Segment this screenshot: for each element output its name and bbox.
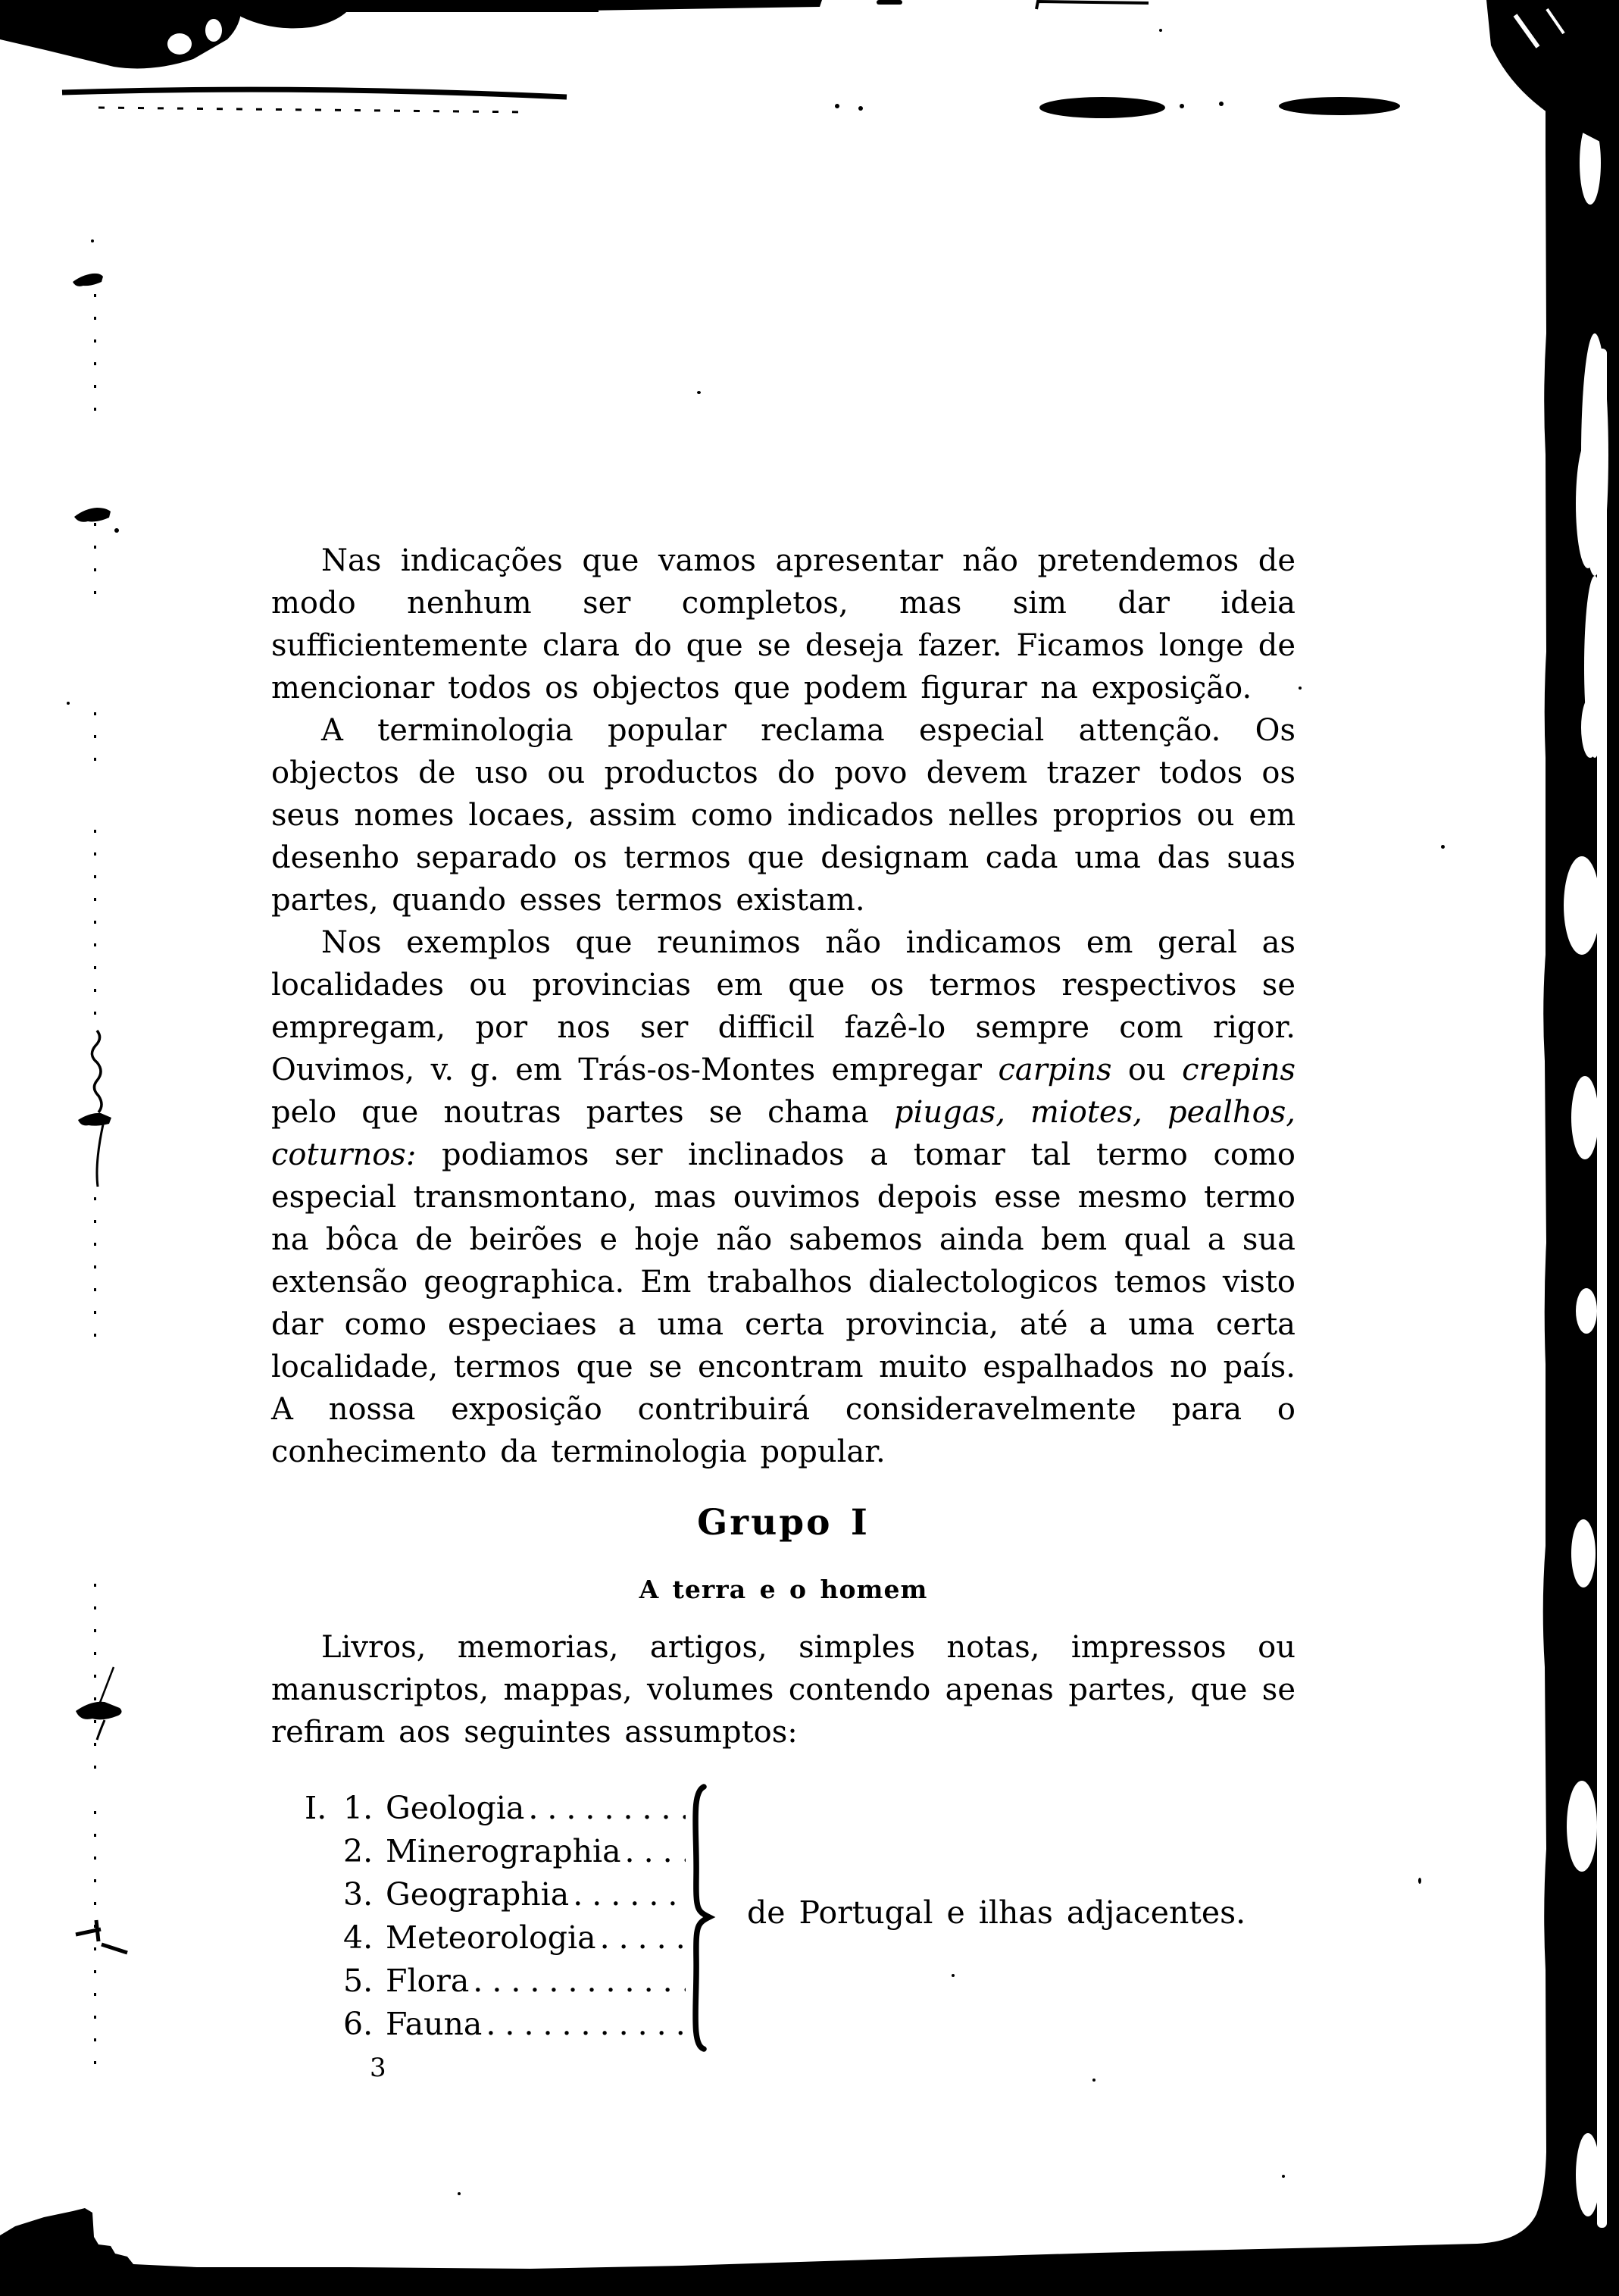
- item-label: Geologia: [386, 1787, 524, 1830]
- toner-speck: [1282, 2175, 1285, 2178]
- subject-list: I. 1. Geologia .............. 2. Minerog…: [305, 1787, 1296, 2054]
- scanned-book-page: Nas indicações que vamos apresentar não …: [0, 0, 1619, 2296]
- toner-speck: [1159, 29, 1162, 32]
- brace-label: de Portugal e ilhas adjacentes.: [747, 1891, 1323, 1934]
- right-brace: [681, 1784, 716, 2052]
- list-item: 3. Geographia ............: [305, 1873, 686, 1916]
- toner-speck: [1441, 845, 1445, 849]
- fold-dotted-line: [94, 1970, 96, 2076]
- margin-smudge-mark: [73, 274, 103, 286]
- dot-leader: ..........: [625, 1830, 686, 1873]
- item-label: Minerographia: [386, 1830, 621, 1873]
- margin-scribble: [92, 1031, 102, 1112]
- text-block: Nas indicações que vamos apresentar não …: [271, 540, 1296, 2081]
- toner-speck: [952, 1974, 955, 1977]
- dot-leader: ................: [473, 1960, 686, 2003]
- list-item: 2. Minerographia ..........: [305, 1830, 686, 1873]
- item-number: 6.: [343, 2003, 386, 2046]
- fold-dotted-line: [94, 830, 96, 1019]
- group-subheading: A terra e o homem: [271, 1575, 1296, 1605]
- paragraph-3: Nos exemplos que reunimos não indicamos …: [271, 921, 1296, 1473]
- item-number: 1.: [343, 1787, 386, 1830]
- item-label: Geographia: [386, 1873, 569, 1916]
- toner-speck: [697, 391, 701, 394]
- dot-leader: ...............: [486, 2003, 686, 2046]
- paragraph-4: Livros, memorias, artigos, simples notas…: [271, 1626, 1296, 1753]
- item-label: Fauna: [386, 2003, 482, 2046]
- item-label: Flora: [386, 1960, 469, 2003]
- paragraph-1: Nas indicações que vamos apresentar não …: [271, 540, 1296, 709]
- top-right-ink-blot: [1486, 0, 1619, 152]
- toner-speck: [1299, 687, 1302, 690]
- list-item: 5. Flora ................: [305, 1960, 686, 2003]
- roman-numeral: I.: [305, 1787, 343, 1830]
- toner-speck: [67, 702, 70, 705]
- toner-speck: [91, 239, 94, 242]
- toner-speck: [1418, 1878, 1421, 1884]
- list-item: 4. Meteorologia ...........: [305, 1916, 686, 1960]
- margin-smudge-mark: [74, 508, 119, 533]
- top-left-ink-blot: [0, 0, 356, 68]
- dot-leader: ..............: [528, 1787, 686, 1830]
- fold-dotted-line: [94, 1584, 96, 1773]
- top-pencil-lines: [62, 89, 567, 112]
- dot-leader: ...........: [600, 1916, 686, 1960]
- signature-mark: 3: [370, 2055, 1296, 2081]
- paragraph-2: A terminologia popular reclama especial …: [271, 709, 1296, 921]
- item-label: Meteorologia: [386, 1916, 596, 1960]
- fold-dotted-line: [94, 1197, 96, 1349]
- fold-dotted-line: [94, 294, 96, 430]
- top-edge-streak: [220, 0, 1149, 12]
- list-item: I. 1. Geologia ..............: [305, 1787, 686, 1830]
- margin-smudge-mark: [76, 1667, 122, 1740]
- top-smudges: [835, 97, 1400, 118]
- item-number: 4.: [343, 1916, 386, 1960]
- list-item: 6. Fauna ...............: [305, 2003, 686, 2046]
- item-number: 2.: [343, 1830, 386, 1873]
- margin-smudge-mark: [78, 1113, 111, 1187]
- dot-leader: ............: [573, 1873, 686, 1916]
- margin-cross-mark: [76, 1920, 127, 1953]
- item-number: 3.: [343, 1873, 386, 1916]
- fold-dotted-line: [94, 523, 96, 614]
- group-heading: Grupo I: [271, 1502, 1296, 1544]
- toner-speck: [1092, 2079, 1095, 2082]
- toner-speck: [458, 2192, 461, 2195]
- item-number: 5.: [343, 1960, 386, 2003]
- fold-dotted-line: [94, 712, 96, 773]
